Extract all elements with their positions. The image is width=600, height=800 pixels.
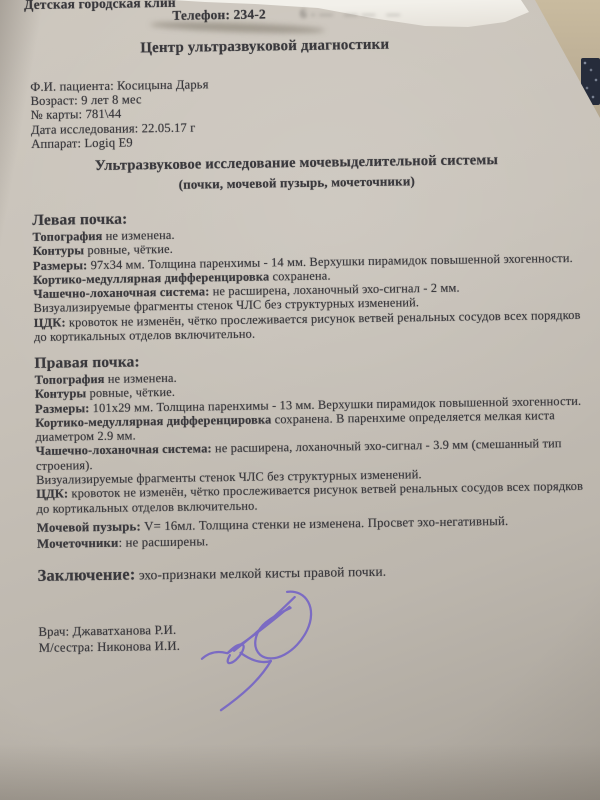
conclusion-line: Заключение: эхо-признаки мелкой кисты пр… bbox=[37, 561, 386, 586]
right-kidney-heading: Правая почка: bbox=[34, 353, 140, 373]
patient-info-block: Ф.И. пациента: Косицына Дарья Возраст: 9… bbox=[30, 77, 209, 151]
clinic-name-cropped: Детская городская клин bbox=[24, 0, 176, 13]
left-kidney-section: Топография не изменена. Контуры ровные, … bbox=[32, 222, 580, 344]
right-kidney-section: Топография не изменена. Контуры ровные, … bbox=[35, 365, 584, 516]
center-title: Центр ультразвуковой диагностики bbox=[0, 34, 535, 59]
staff-block: Врач: Джаватханова Р.И. М/сестра: Никоно… bbox=[38, 622, 180, 657]
patient-name: Ф.И. пациента: Косицына Дарья bbox=[30, 77, 208, 94]
bladder-ureters-section: Мочевой пузырь: V= 16мл. Толщина стенки … bbox=[37, 513, 509, 552]
doctor-signature bbox=[186, 583, 328, 725]
phone-number-smudge: 6-— —— — bbox=[300, 6, 404, 22]
nurse-name: М/сестра: Никонова И.И. bbox=[39, 638, 181, 657]
left-kidney-heading: Левая почка: bbox=[32, 211, 127, 230]
ultrasound-report-page: Детская городская клин Телефон: 234-2 Це… bbox=[0, 0, 600, 800]
study-date: Дата исследования: 22.05.17 г bbox=[31, 120, 209, 137]
device-name: Аппарат: Logiq E9 bbox=[31, 134, 209, 151]
photographed-document: Детская городская клин Телефон: 234-2 Це… bbox=[0, 0, 600, 800]
